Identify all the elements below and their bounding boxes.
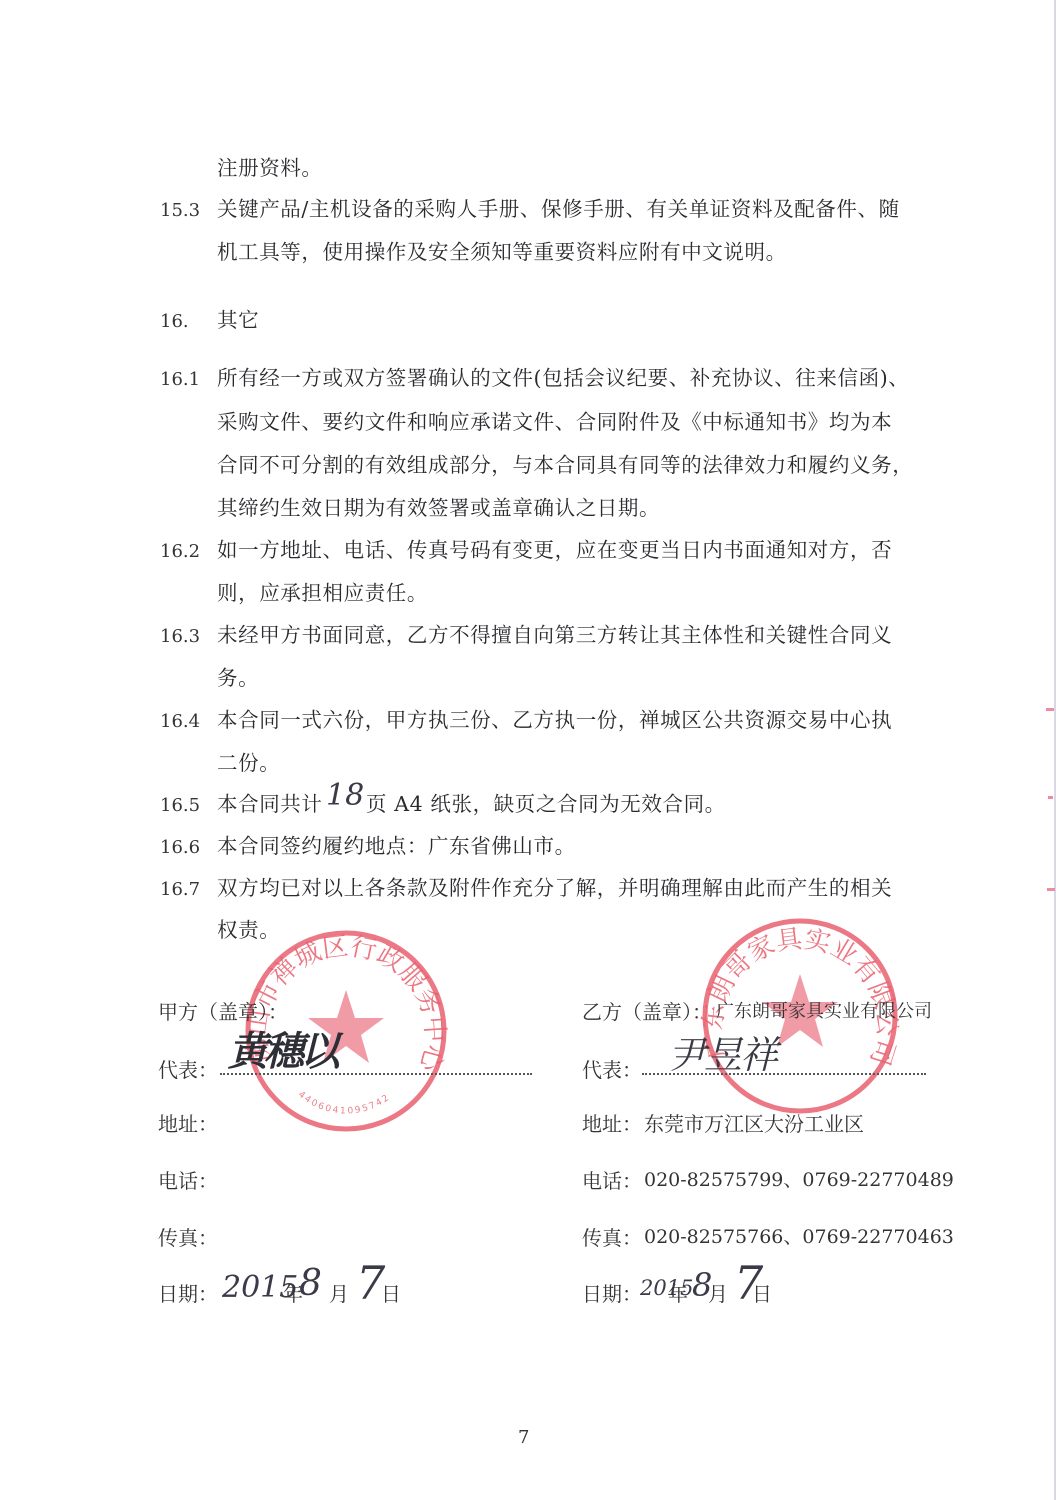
clause-text: 则，应承担相应责任。 xyxy=(217,579,428,607)
party-a-date-label: 日期： xyxy=(158,1278,218,1307)
clause-text-prefix: 本合同共计 xyxy=(217,790,323,818)
seal-edge-mark xyxy=(1047,888,1055,891)
clause-number: 16.2 xyxy=(160,538,200,566)
clause-text: 其缔约生效日期为有效签署或盖章确认之日期。 xyxy=(217,494,660,522)
contract-page: 注册资料。 15.3 关键产品/主机设备的采购人手册、保修手册、有关单证资料及配… xyxy=(0,0,1059,1500)
party-a-rep-label: 代表： xyxy=(158,1054,218,1083)
clause-number: 16.4 xyxy=(160,708,200,736)
clause-text: 本合同一式六份，甲方执三份、乙方执一份，禅城区公共资源交易中心执 xyxy=(217,706,892,734)
clause-text-suffix: 页 A4 纸张，缺页之合同为无效合同。 xyxy=(366,790,726,818)
clause-number: 16.3 xyxy=(160,623,200,651)
clause-number: 16.5 xyxy=(160,792,200,820)
clause-text: 关键产品/主机设备的采购人手册、保修手册、有关单证资料及配备件、随 xyxy=(217,195,900,223)
party-b-date-label: 日期： xyxy=(582,1278,642,1307)
clause-text: 未经甲方书面同意，乙方不得擅自向第三方转让其主体性和关键性合同义 xyxy=(217,621,892,649)
clause-text: 如一方地址、电话、传真号码有变更，应在变更当日内书面通知对方，否 xyxy=(217,536,892,564)
clause-text: 权责。 xyxy=(217,916,280,944)
party-b-fax-label: 传真： xyxy=(582,1222,642,1251)
section-number: 16. xyxy=(160,308,189,336)
clause-text: 双方均已对以上各条款及附件作充分了解，并明确理解由此而产生的相关 xyxy=(217,874,892,902)
party-a-month-unit: 月 xyxy=(329,1278,349,1307)
party-b-rep-label: 代表： xyxy=(582,1054,642,1083)
party-a-phone-label: 电话： xyxy=(158,1165,218,1194)
party-b-day-unit: 日 xyxy=(752,1278,772,1307)
party-b-seal-label: 乙方（盖章）： xyxy=(582,996,712,1025)
handwritten-page-count: 18 xyxy=(326,778,364,813)
continuation-text: 注册资料。 xyxy=(217,154,323,182)
party-b-phone-label: 电话： xyxy=(582,1165,642,1194)
svg-text:4406041095742: 4406041095742 xyxy=(296,1090,393,1117)
party-a-date-month: 8 xyxy=(299,1263,322,1304)
party-a-address-label: 地址： xyxy=(158,1108,218,1137)
clause-number: 15.3 xyxy=(160,197,200,225)
clause-text: 二份。 xyxy=(217,749,280,777)
party-b-company-name: 广东朗哥家具实业有限公司 xyxy=(716,997,932,1023)
party-a-rep-signature: 黄穗以 xyxy=(228,1020,336,1077)
party-b-phone: 020-82575799、0769-22770489 xyxy=(644,1165,954,1192)
clause-number: 16.7 xyxy=(160,876,200,904)
party-b-year-unit: 年 xyxy=(668,1278,688,1307)
page-number: 7 xyxy=(518,1427,529,1448)
party-b-fax: 020-82575766、0769-22770463 xyxy=(644,1222,954,1249)
seal-edge-mark xyxy=(1046,708,1054,711)
scan-edge-line xyxy=(1054,0,1056,1500)
clause-text: 合同不可分割的有效组成部分，与本合同具有同等的法律效力和履约义务， xyxy=(217,451,913,479)
clause-text: 采购文件、要约文件和响应承诺文件、合同附件及《中标通知书》均为本 xyxy=(217,408,892,436)
clause-text: 所有经一方或双方签署确认的文件(包括会议纪要、补充协议、往来信函)、 xyxy=(217,364,909,392)
clause-text: 本合同签约履约地点：广东省佛山市。 xyxy=(217,832,576,860)
party-b-rep-signature: 尹昱祥 xyxy=(668,1024,776,1079)
clause-number: 16.6 xyxy=(160,834,200,862)
party-b-month-unit: 月 xyxy=(708,1278,728,1307)
section-title: 其它 xyxy=(217,306,259,334)
clause-text: 务。 xyxy=(217,664,259,692)
clause-text: 机工具等，使用操作及安全须知等重要资料应附有中文说明。 xyxy=(217,238,787,266)
party-a-fax-label: 传真： xyxy=(158,1222,218,1251)
party-b-address: 东莞市万江区大汾工业区 xyxy=(644,1108,864,1137)
clause-number: 16.1 xyxy=(160,366,200,394)
seal-code: 4406041095742 xyxy=(296,1090,393,1117)
party-a-day-unit: 日 xyxy=(381,1278,401,1307)
seal-edge-mark xyxy=(1048,796,1053,799)
party-b-address-label: 地址： xyxy=(582,1108,642,1137)
